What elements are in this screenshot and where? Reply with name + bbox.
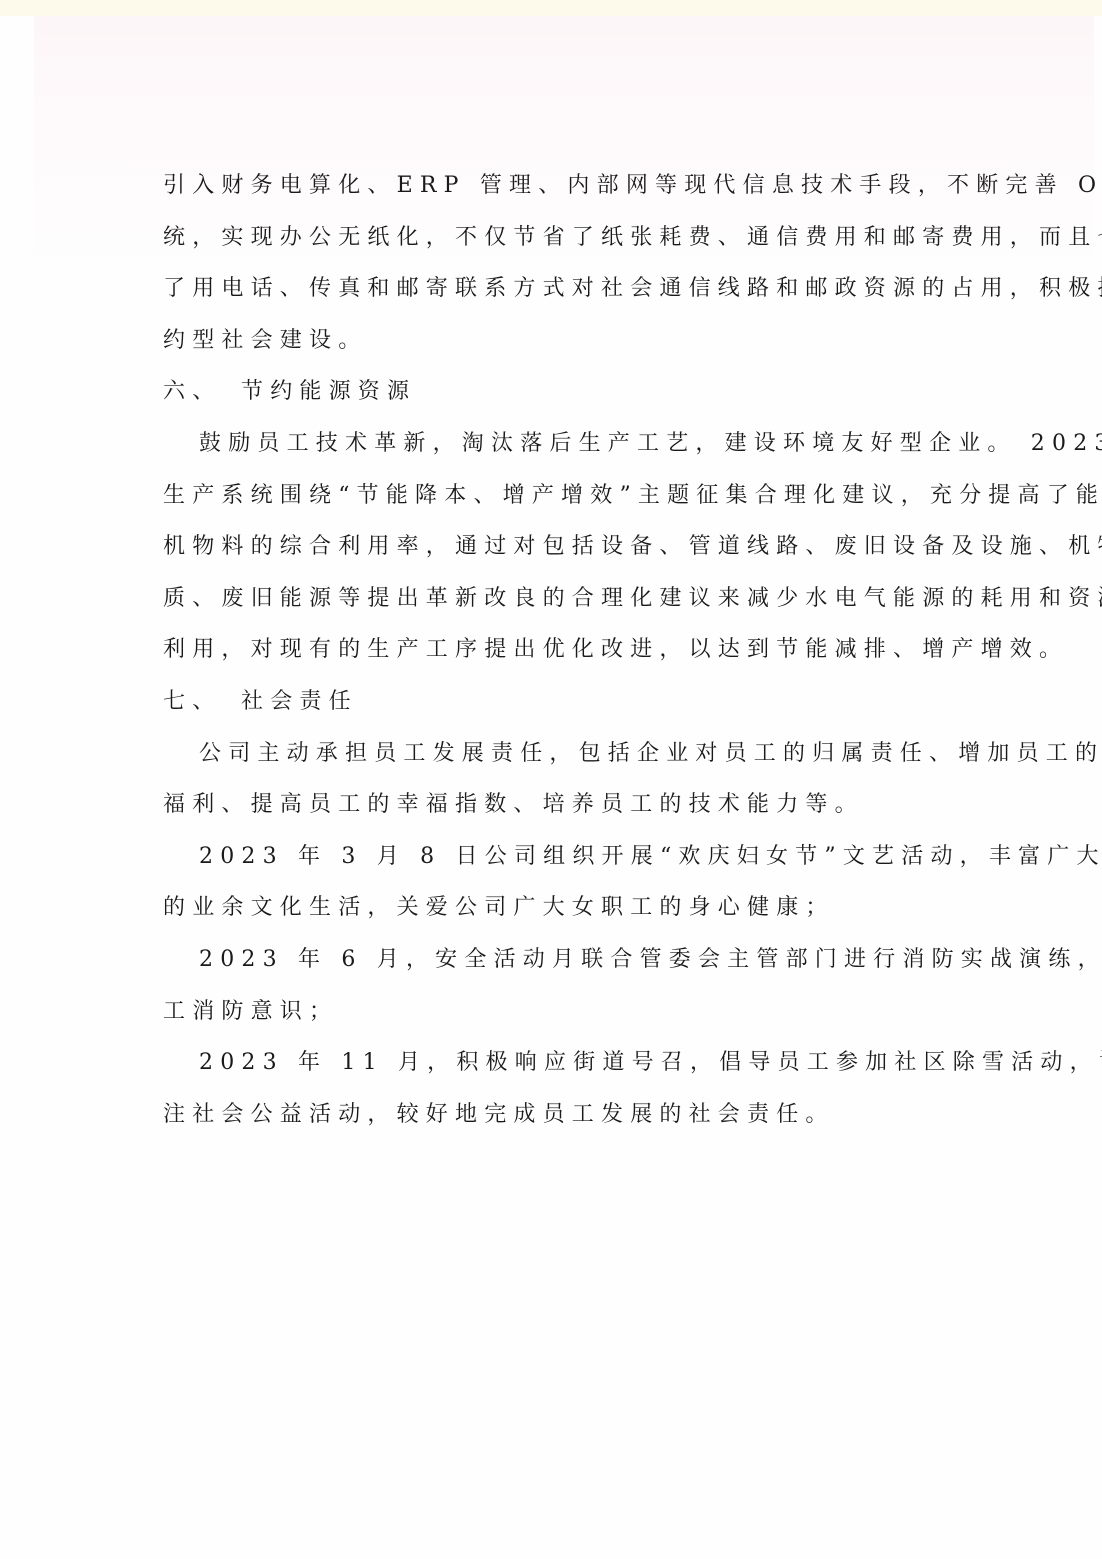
text-line: 2023 年 6 月，安全活动月联合管委会主管部门进行消防实战演练，提高员 bbox=[163, 942, 938, 994]
section-heading-6: 六、节约能源资源 bbox=[163, 374, 938, 426]
text-line: 引入财务电算化、ERP 管理、内部网等现代信息技术手段，不断完善 OA 办公系 bbox=[163, 168, 938, 220]
text-line: 公司主动承担员工发展责任，包括企业对员工的归属责任、增加员工的薪酬 bbox=[163, 736, 938, 788]
paragraph-fire-drill: 2023 年 6 月，安全活动月联合管委会主管部门进行消防实战演练，提高员 工消… bbox=[163, 942, 938, 1045]
section-title: 节约能源资源 bbox=[241, 379, 416, 404]
section-number: 六、 bbox=[163, 374, 241, 410]
text-line: 利用，对现有的生产工序提出优化改进，以达到节能减排、增产增效。 bbox=[163, 632, 938, 684]
paragraph-womens-day: 2023 年 3 月 8 日公司组织开展“欢庆妇女节”文艺活动，丰富广大女职工 … bbox=[163, 839, 938, 942]
paragraph-office-automation: 引入财务电算化、ERP 管理、内部网等现代信息技术手段，不断完善 OA 办公系 … bbox=[163, 168, 938, 374]
text-line: 机物料的综合利用率，通过对包括设备、管道线路、废旧设备及设施、机物料材 bbox=[163, 529, 938, 581]
document-page: 引入财务电算化、ERP 管理、内部网等现代信息技术手段，不断完善 OA 办公系 … bbox=[163, 168, 938, 1148]
text-line: 质、废旧能源等提出革新改良的合理化建议来减少水电气能源的耗用和资源循环 bbox=[163, 581, 938, 633]
text-line: 福利、提高员工的幸福指数、培养员工的技术能力等。 bbox=[163, 787, 938, 839]
text-line: 工消防意识； bbox=[163, 994, 938, 1046]
text-line: 生产系统围绕“节能降本、增产增效”主题征集合理化建议，充分提高了能源和 bbox=[163, 478, 938, 530]
paragraph-snow-clearing: 2023 年 11 月，积极响应街道号召，倡导员工参加社区除雪活动，让员工关 注… bbox=[163, 1045, 938, 1148]
text-line: 鼓励员工技术革新，淘汰落后生产工艺，建设环境友好型企业。 2023 年 bbox=[163, 426, 938, 478]
text-line: 注社会公益活动，较好地完成员工发展的社会责任。 bbox=[163, 1097, 938, 1149]
text-line: 2023 年 3 月 8 日公司组织开展“欢庆妇女节”文艺活动，丰富广大女职工 bbox=[163, 839, 938, 891]
section-number: 七、 bbox=[163, 684, 241, 720]
scan-top-edge bbox=[0, 0, 1102, 16]
text-line: 了用电话、传真和邮寄联系方式对社会通信线路和邮政资源的占用，积极推进节 bbox=[163, 271, 938, 323]
paragraph-employee-development: 公司主动承担员工发展责任，包括企业对员工的归属责任、增加员工的薪酬 福利、提高员… bbox=[163, 736, 938, 839]
text-line: 约型社会建设。 bbox=[163, 323, 938, 375]
text-line: 统，实现办公无纸化，不仅节省了纸张耗费、通信费用和邮寄费用，而且也减少 bbox=[163, 220, 938, 272]
paragraph-energy-saving: 鼓励员工技术革新，淘汰落后生产工艺，建设环境友好型企业。 2023 年 生产系统… bbox=[163, 426, 938, 684]
section-title: 社会责任 bbox=[241, 689, 358, 714]
text-line: 的业余文化生活，关爱公司广大女职工的身心健康； bbox=[163, 890, 938, 942]
text-line: 2023 年 11 月，积极响应街道号召，倡导员工参加社区除雪活动，让员工关 bbox=[163, 1045, 938, 1097]
section-heading-7: 七、社会责任 bbox=[163, 684, 938, 736]
